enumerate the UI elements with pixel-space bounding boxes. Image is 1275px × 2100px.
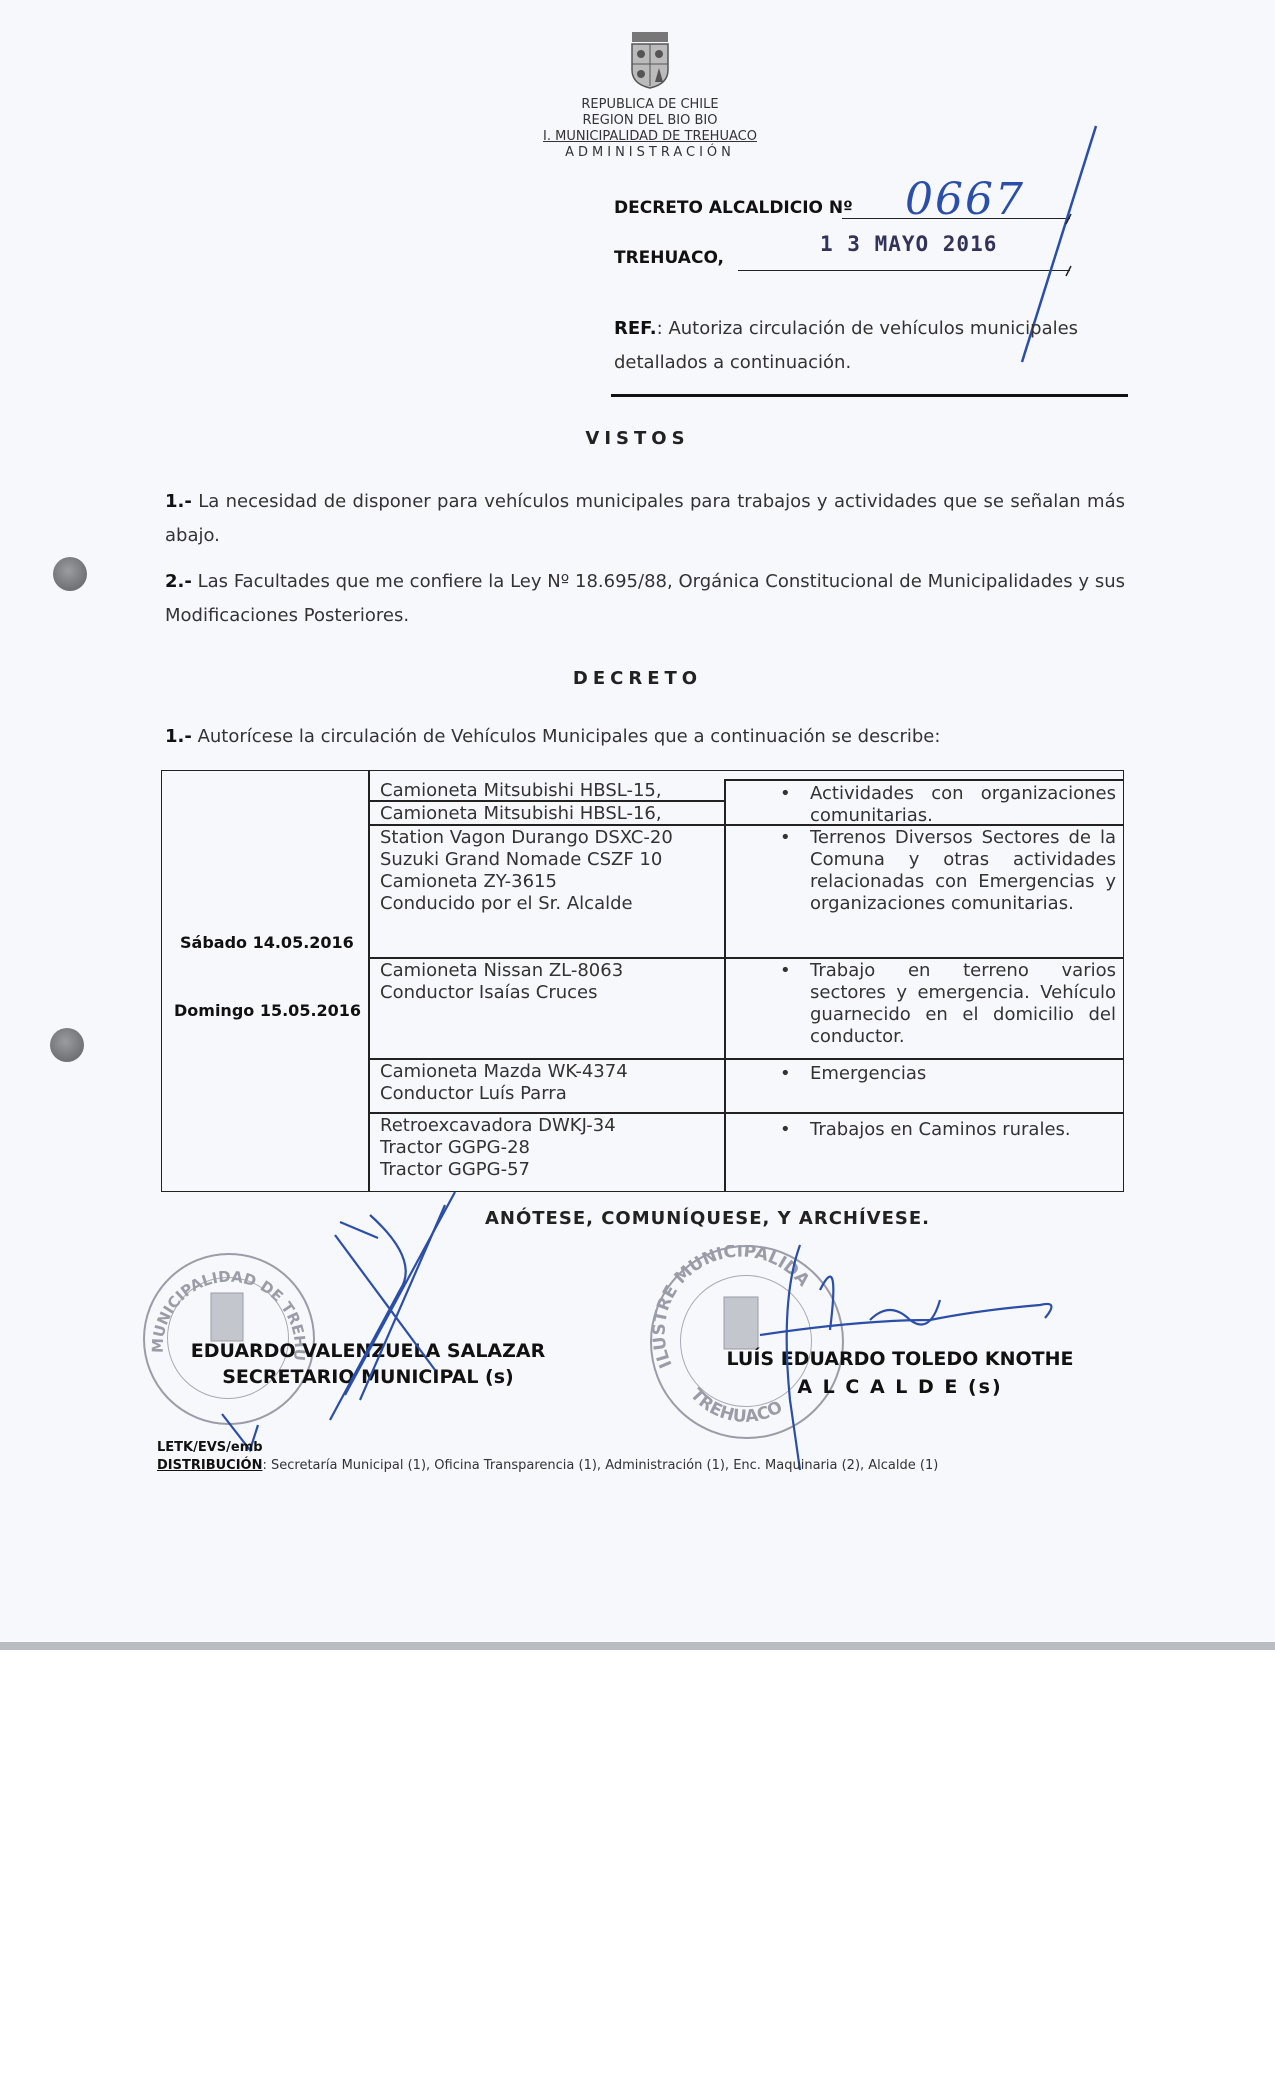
distribution: DISTRIBUCIÓN: Secretaría Municipal (1), … — [157, 1458, 938, 1473]
scan-edge — [0, 1642, 1275, 1650]
initials: LETK/EVS/emb — [157, 1440, 263, 1455]
distribution-text: : Secretaría Municipal (1), Oficina Tran… — [262, 1458, 938, 1473]
distribution-label: DISTRIBUCIÓN — [157, 1458, 262, 1473]
handwritten-signature-icon — [0, 0, 1275, 1500]
